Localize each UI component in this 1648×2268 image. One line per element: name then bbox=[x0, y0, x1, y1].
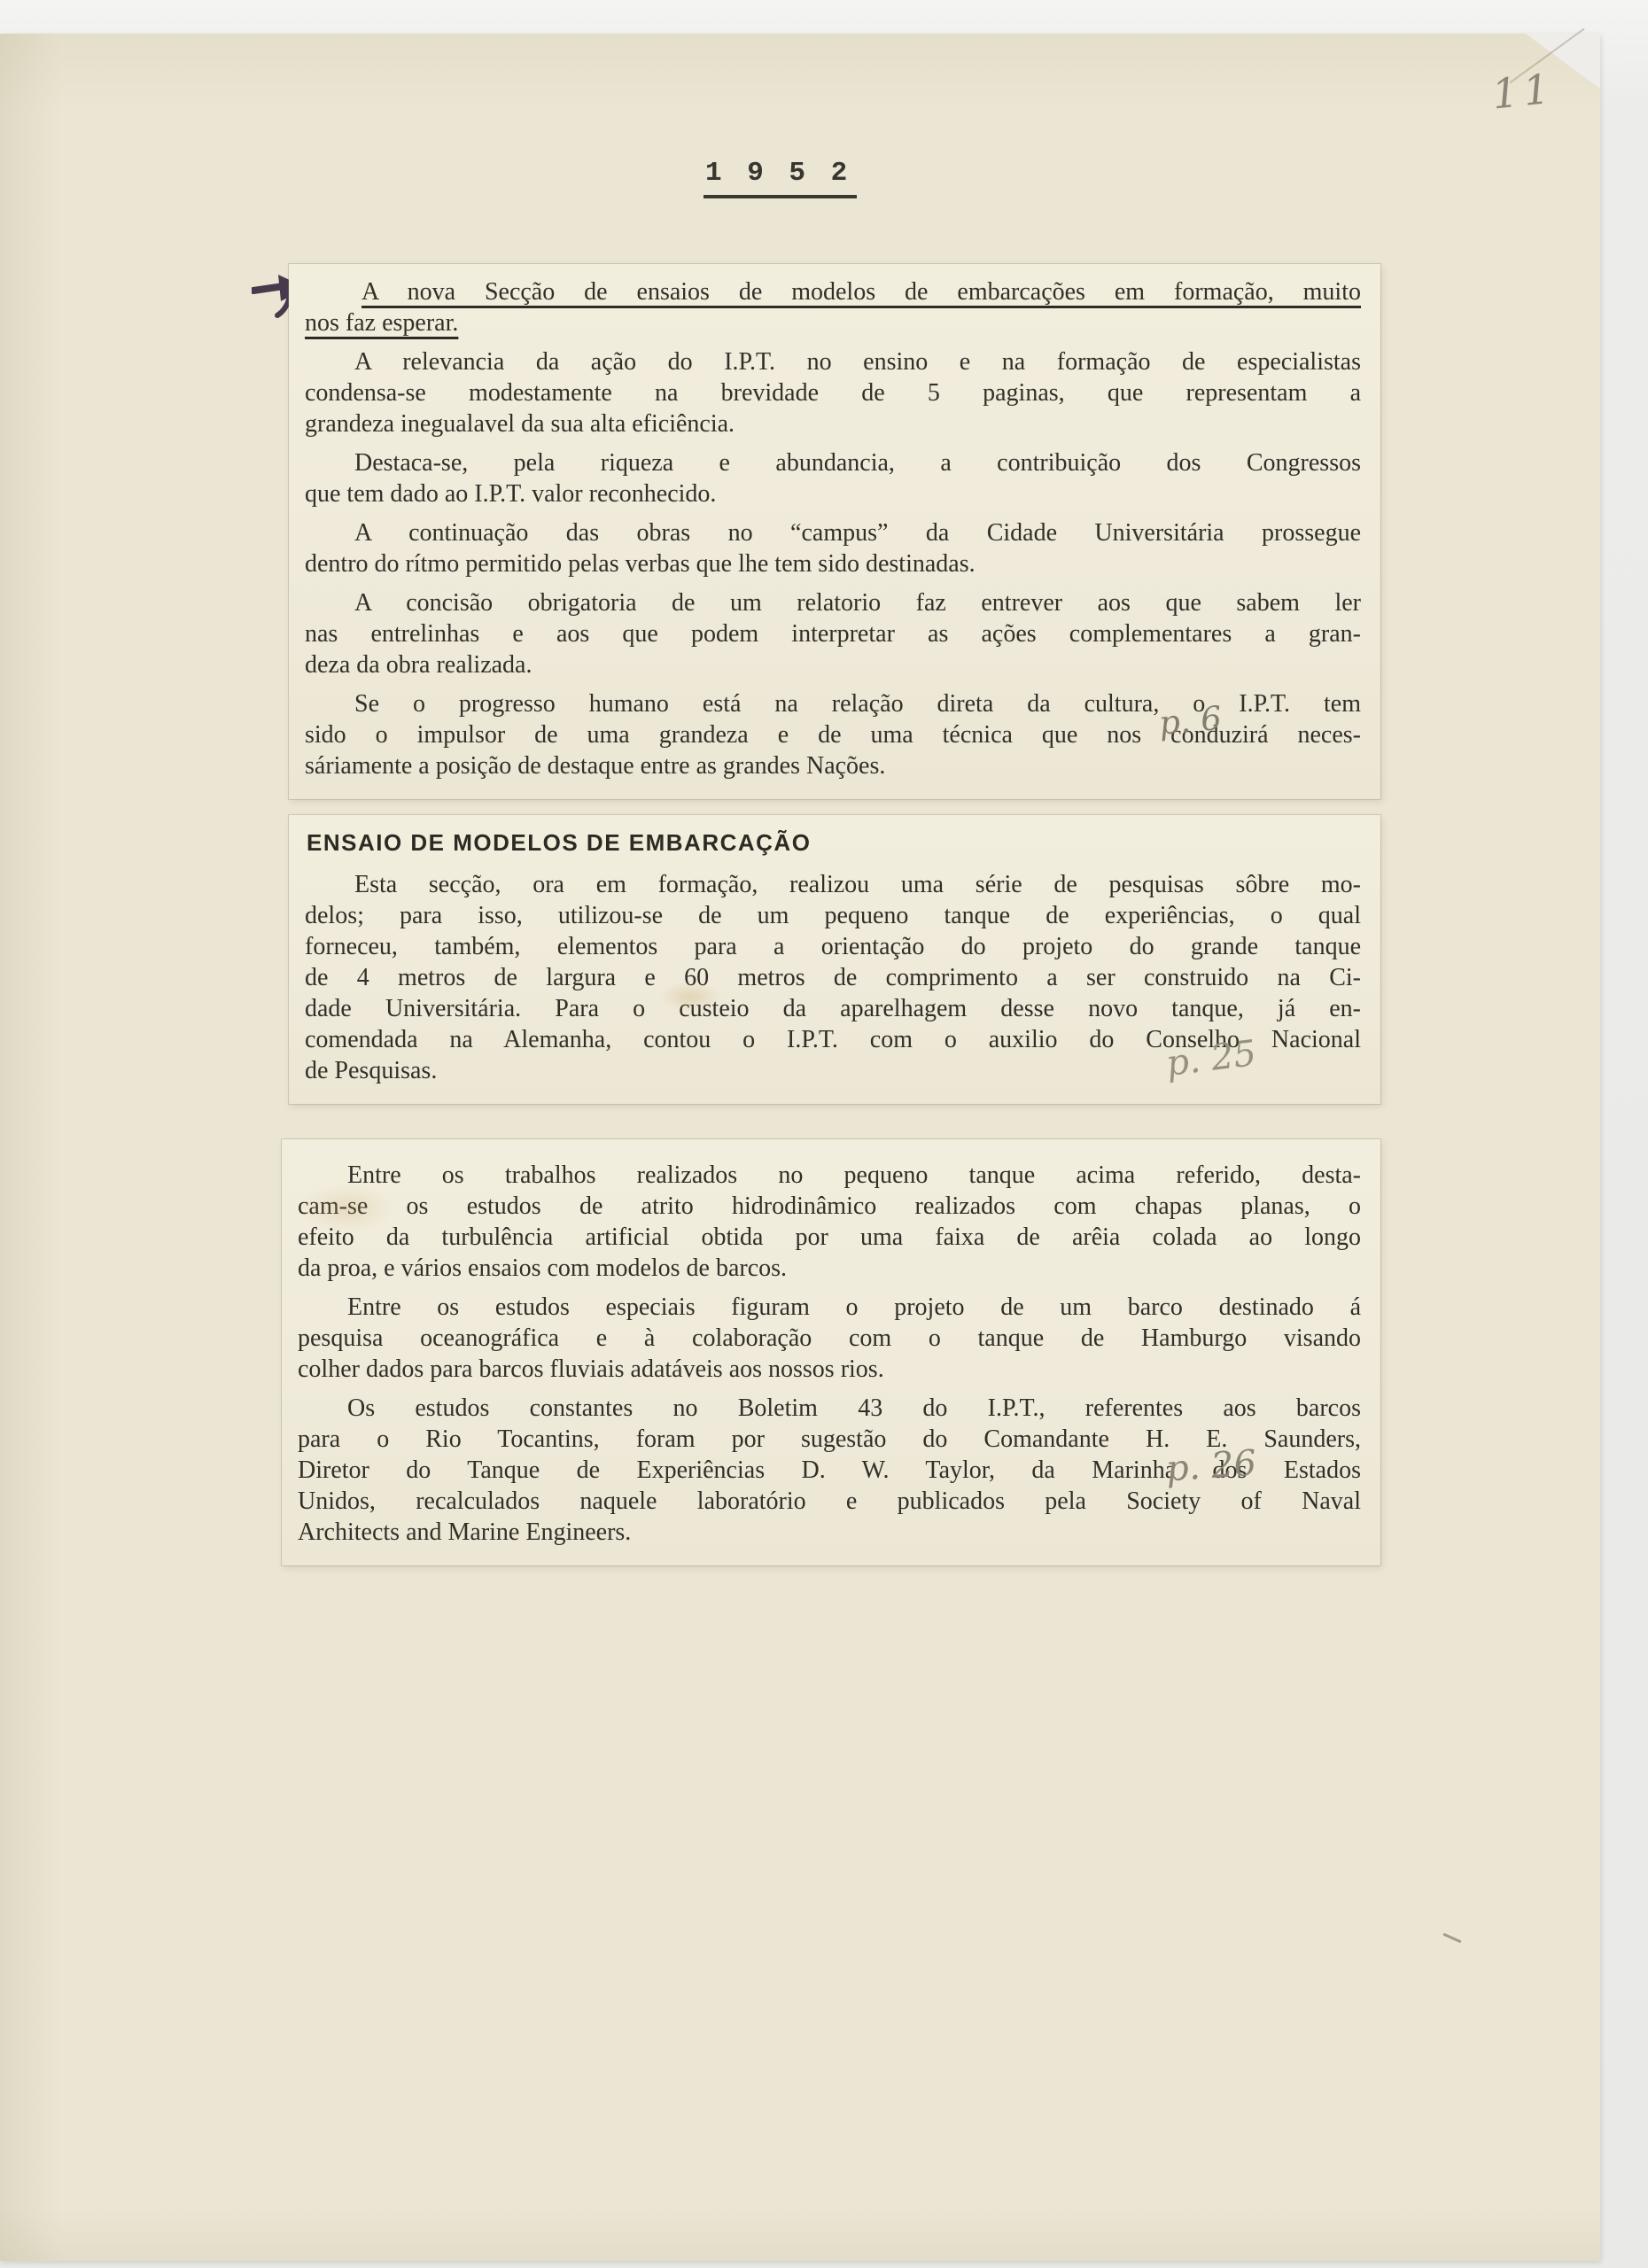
paragraph: A concisão obrigatoria de um relatorio f… bbox=[305, 587, 1361, 680]
text-line: dentro do rítmo permitido pelas verbas q… bbox=[305, 548, 1361, 579]
clipping-3: Entre os trabalhos realizados no pequeno… bbox=[282, 1139, 1380, 1565]
text-line: Esta secção, ora em formação, realizou u… bbox=[305, 869, 1361, 900]
paragraph: A relevancia da ação do I.P.T. no ensino… bbox=[305, 346, 1361, 439]
text-line: A continuação das obras no “campus” da C… bbox=[305, 517, 1361, 548]
clipping-1-heading: A nova Secção de ensaios de modelos de e… bbox=[305, 276, 1361, 338]
text-line: pesquisa oceanográfica e à colaboração c… bbox=[298, 1323, 1361, 1354]
text-line: Entre os estudos especiais figuram o pro… bbox=[298, 1292, 1361, 1323]
paragraph: Destaca-se, pela riqueza e abundancia, a… bbox=[305, 447, 1361, 509]
text-line: cam-se os estudos de atrito hidrodinâmic… bbox=[298, 1191, 1361, 1222]
year-title: 1 9 5 2 bbox=[704, 158, 857, 198]
text-line: delos; para isso, utilizou-se de um pequ… bbox=[305, 900, 1361, 931]
clipping-2-heading: ENSAIO DE MODELOS DE EMBARCAÇÃO bbox=[307, 829, 1361, 857]
text-line: nas entrelinhas e aos que podem interpre… bbox=[305, 618, 1361, 649]
text-line: A relevancia da ação do I.P.T. no ensino… bbox=[305, 346, 1361, 377]
text-line: Destaca-se, pela riqueza e abundancia, a… bbox=[305, 447, 1361, 478]
text-line: A nova Secção de ensaios de modelos de e… bbox=[305, 276, 1361, 307]
paragraph: Entre os trabalhos realizados no pequeno… bbox=[298, 1160, 1361, 1284]
scanner-background: 11 1 9 5 2 A nova Secção de ensaios de m… bbox=[0, 0, 1648, 2268]
text-line: sáriamente a posição de destaque entre a… bbox=[305, 750, 1361, 781]
text-line: que tem dado ao I.P.T. valor reconhecido… bbox=[305, 478, 1361, 509]
pencil-page-number: 11 bbox=[1489, 64, 1557, 118]
text-line: Os estudos constantes no Boletim 43 do I… bbox=[298, 1393, 1361, 1424]
text-line: da proa, e vários ensaios com modelos de… bbox=[298, 1253, 1361, 1284]
pencil-note-page-ref: p. 6 bbox=[1157, 699, 1223, 742]
text-line: Architects and Marine Engineers. bbox=[298, 1517, 1361, 1548]
paragraph: Entre os estudos especiais figuram o pro… bbox=[298, 1292, 1361, 1385]
text-line: Entre os trabalhos realizados no pequeno… bbox=[298, 1160, 1361, 1191]
text-line: nos faz esperar. bbox=[305, 307, 1361, 338]
pencil-note-page-ref: p. 26 bbox=[1165, 1443, 1258, 1490]
paragraph: A continuação das obras no “campus” da C… bbox=[305, 517, 1361, 579]
text-line: dade Universitária. Para o custeio da ap… bbox=[305, 993, 1361, 1024]
text-line: condensa-se modestamente na brevidade de… bbox=[305, 377, 1361, 408]
text-line: forneceu, também, elementos para a orien… bbox=[305, 931, 1361, 962]
text-line: Unidos, recalculados naquele laboratório… bbox=[298, 1486, 1361, 1517]
text-line: grandeza inegualavel da sua alta eficiên… bbox=[305, 408, 1361, 439]
text-line: A concisão obrigatoria de um relatorio f… bbox=[305, 587, 1361, 618]
text-line: efeito da turbulência artificial obtida … bbox=[298, 1222, 1361, 1253]
text-line: colher dados para barcos fluviais adatáv… bbox=[298, 1354, 1361, 1385]
text-line: de 4 metros de largura e 60 metros de co… bbox=[305, 962, 1361, 993]
text-line: deza da obra realizada. bbox=[305, 649, 1361, 680]
